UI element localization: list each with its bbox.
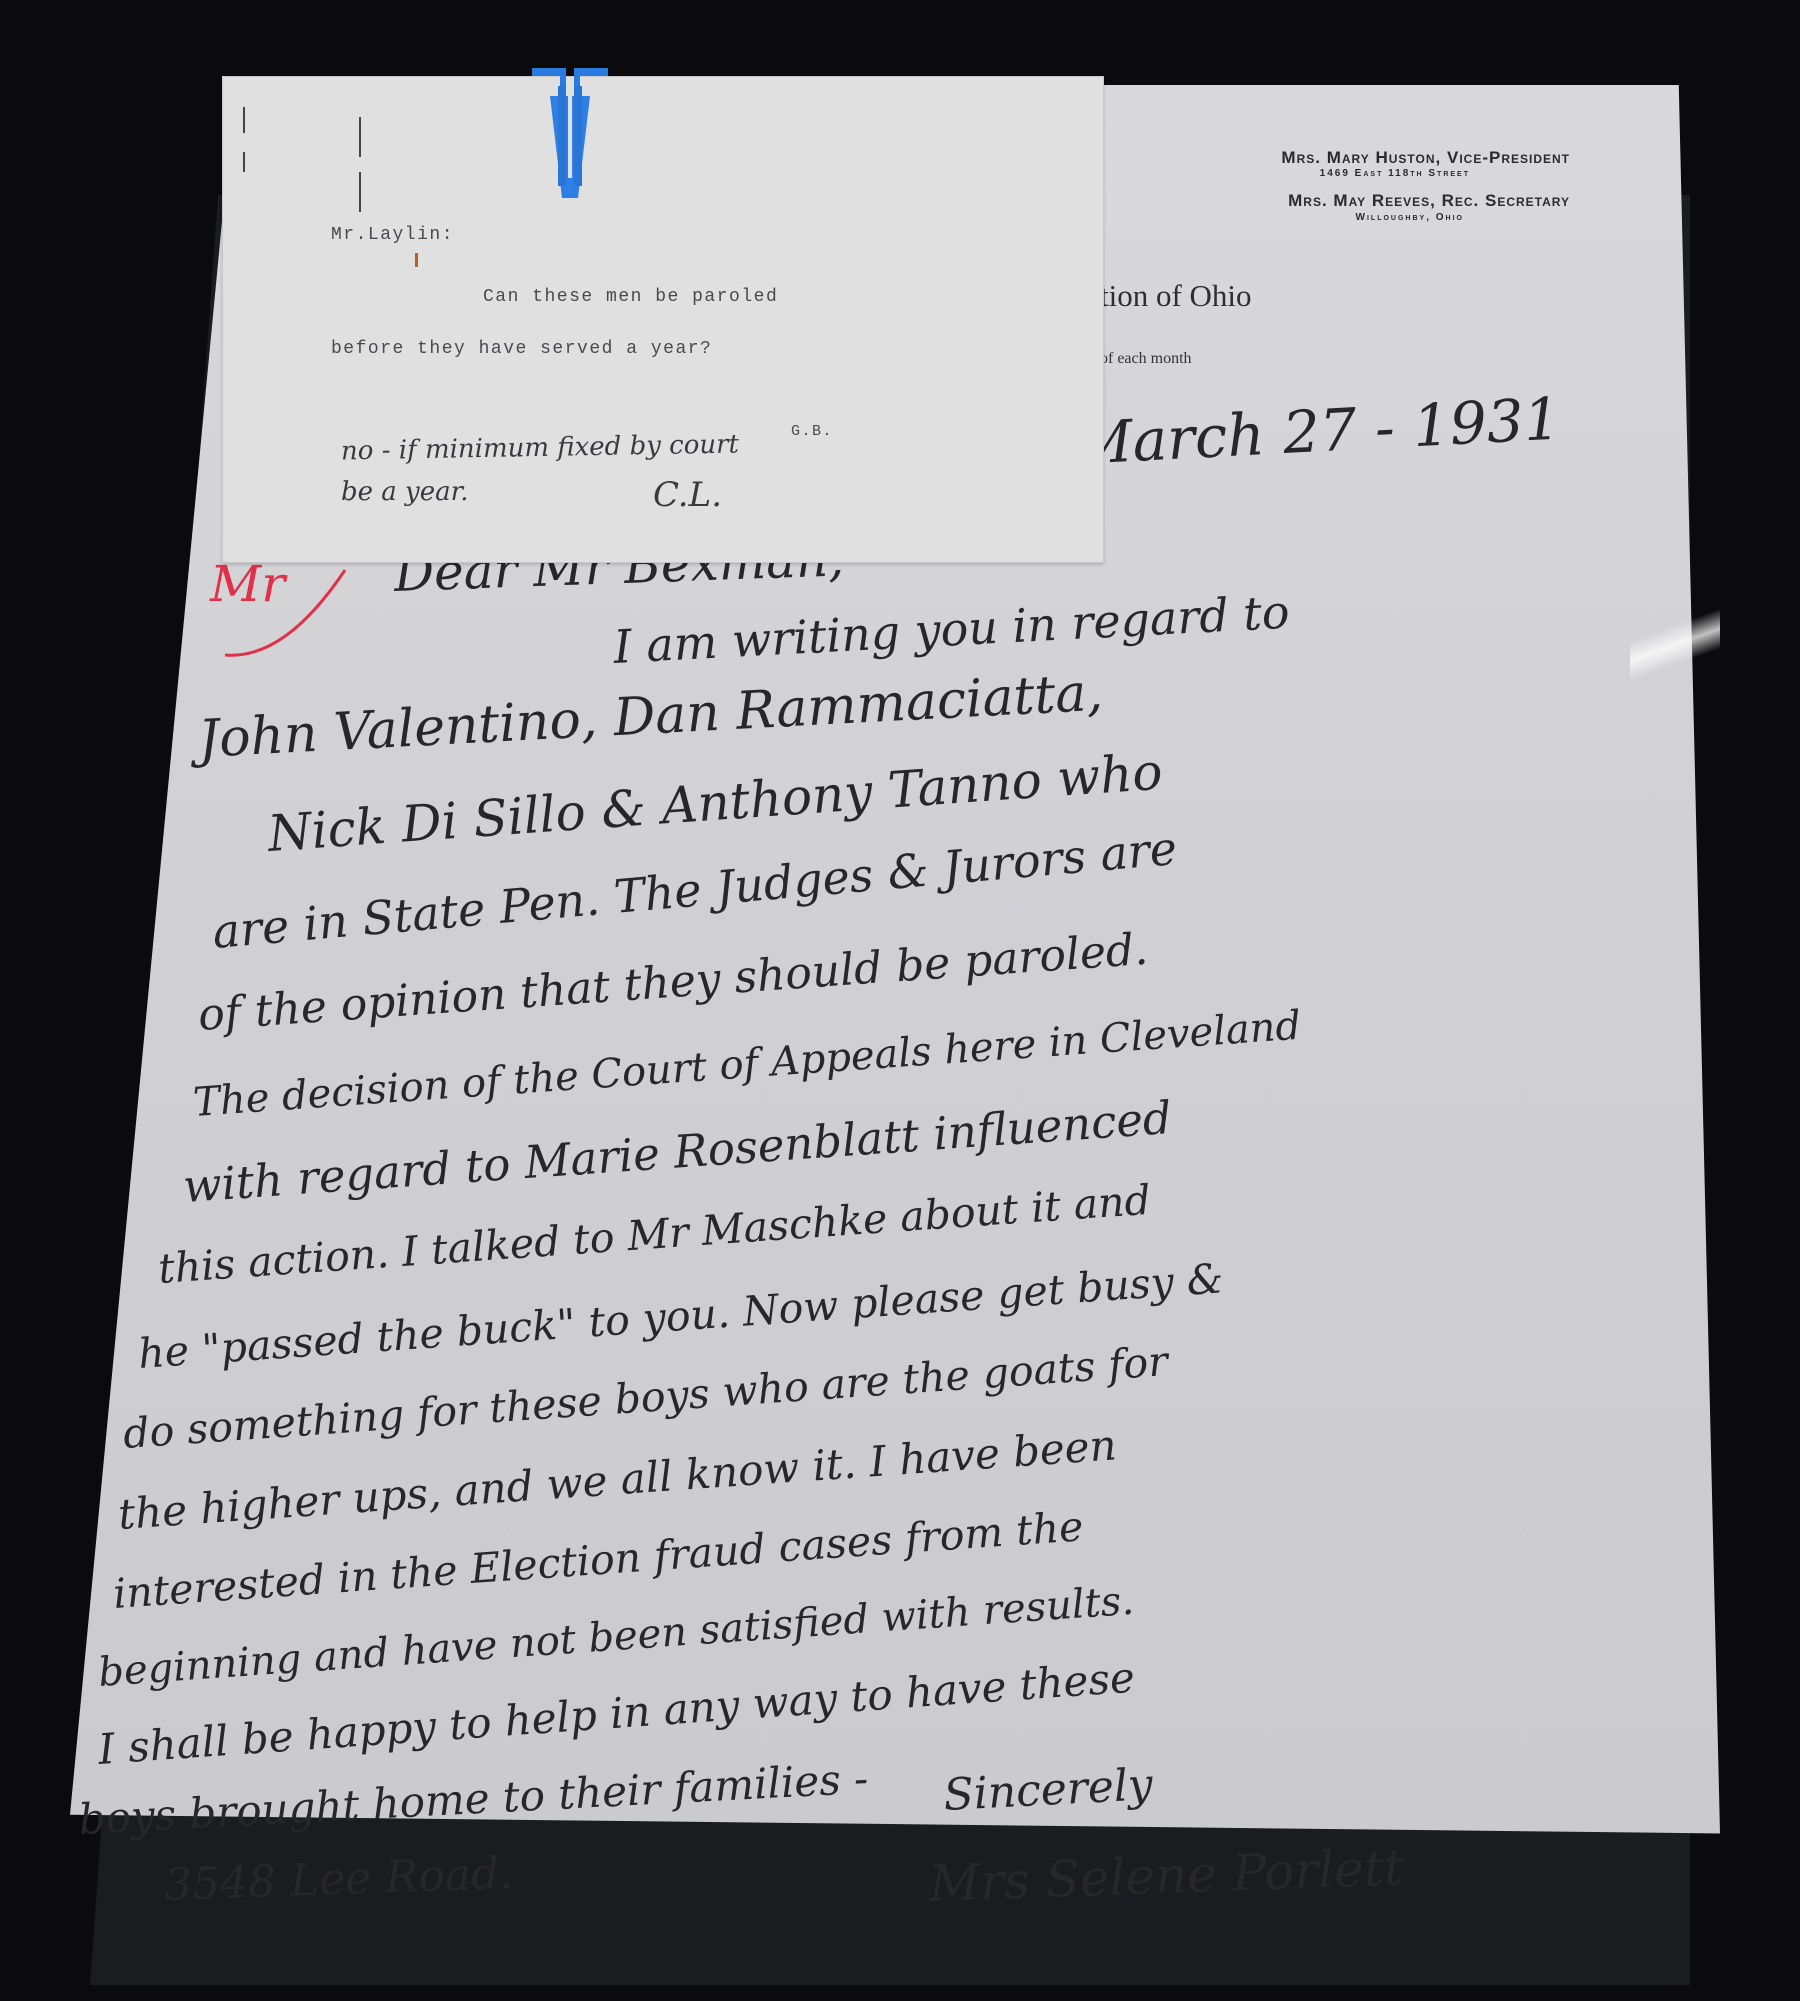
- memo-initials: G.B.: [791, 423, 833, 440]
- memo-reply-line-1: no - if minimum fixed by court: [341, 430, 739, 467]
- memo-card: Mr.Laylin: Can these men be paroled befo…: [222, 76, 1104, 563]
- organization-title: tion of Ohio: [1100, 278, 1252, 314]
- organization-subtitle: of each month: [1100, 350, 1192, 368]
- memo-line-2: before they have served a year?: [331, 339, 712, 359]
- letterhead-rec-secretary: Mrs. May Reeves, Rec. Secretary: [1288, 191, 1570, 211]
- pencil-mark: [243, 152, 245, 172]
- staple-rust-mark: [415, 253, 418, 267]
- letter-closing: Sincerely: [942, 1759, 1154, 1821]
- paper-clip-icon: [530, 58, 610, 208]
- memo-line-1: Can these men be paroled: [483, 287, 778, 307]
- letterhead-vice-president: Mrs. Mary Huston, Vice-President: [1281, 148, 1570, 168]
- sleeve-glare: [1630, 560, 1720, 730]
- red-annotation-arc: [205, 560, 355, 670]
- memo-reply-line-2: be a year.: [341, 477, 468, 507]
- memo-salutation: Mr.Laylin:: [331, 225, 454, 245]
- letterhead-rs-address: Willoughby, Ohio: [1356, 212, 1464, 223]
- letterhead-vp-address: 1469 East 118th Street: [1320, 168, 1470, 179]
- pencil-mark: [359, 117, 361, 157]
- pencil-mark: [243, 107, 245, 133]
- memo-reply-signature: C.L.: [653, 475, 722, 515]
- pencil-mark: [359, 172, 361, 212]
